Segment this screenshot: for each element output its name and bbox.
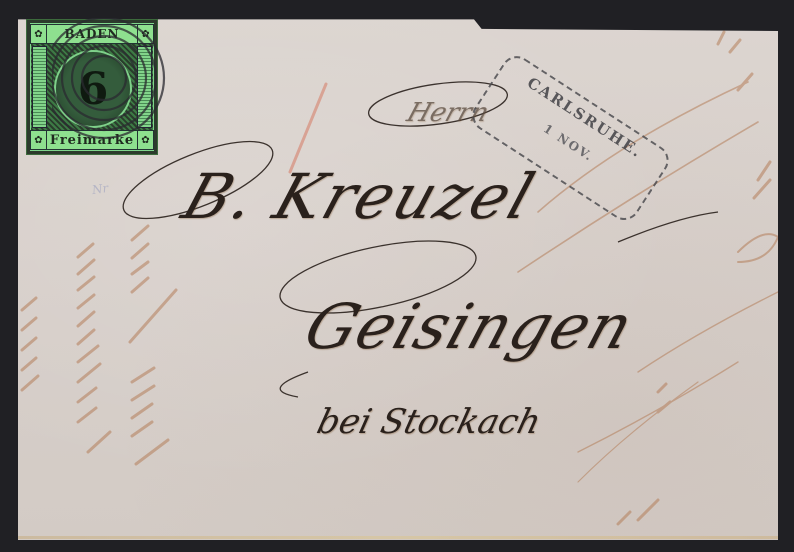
cover-bottom-edge xyxy=(18,536,778,539)
stamp-corner-rosette-icon: ✿ xyxy=(137,24,154,44)
stamp-side-panel xyxy=(137,46,152,128)
stamp-side-panel xyxy=(32,46,47,128)
pencil-note: Nr xyxy=(91,181,109,197)
stamp-value-label: Freimarke xyxy=(46,130,138,150)
stamp-corner-rosette-icon: ✿ xyxy=(137,130,154,150)
address-town: Geisingen xyxy=(296,290,643,363)
stamp-corner-rosette-icon: ✿ xyxy=(30,130,47,150)
stamp-corner-rosette-icon: ✿ xyxy=(30,24,47,44)
postage-stamp: ✿ ✿ ✿ ✿ BADEN 6 Freimarke xyxy=(26,19,158,155)
stamp-numeral-cancel: 6 xyxy=(54,50,132,128)
stamp-country-label: BADEN xyxy=(46,24,138,44)
address-district: bei Stockach xyxy=(313,402,545,442)
address-recipient-name: B. Kreuzel xyxy=(174,160,544,233)
